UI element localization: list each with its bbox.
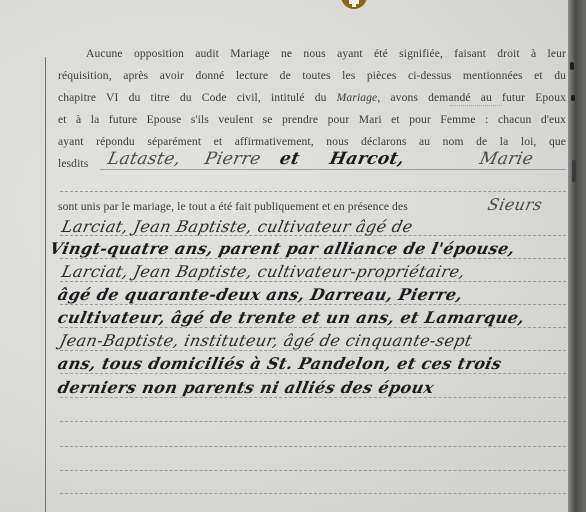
groom-surname: Lataste, (106, 150, 182, 168)
page-binding (568, 0, 586, 512)
witness-line-4: âgé de quarante-deux ans, Darreau, Pierr… (56, 286, 464, 304)
witness-line-3: Larciat, Jean Baptiste, cultivateur-prop… (60, 263, 467, 281)
witness-line-7: ans, tous domiciliés à St. Pandelon, et … (56, 355, 503, 373)
printed-line-4: et à la future Epouse s'ils veulent se p… (58, 113, 566, 127)
bride-given-name: Marie (478, 150, 535, 168)
printed-line-3-italic: Mariage (337, 91, 378, 104)
ruled-line-7 (60, 373, 566, 374)
ruled-line-4 (60, 304, 566, 305)
binding-mark (572, 160, 576, 182)
printed-line-1: Aucune opposition audit Mariage ne nous … (86, 47, 566, 61)
spouses-underline (100, 169, 566, 170)
witness-line-1: Larciat, Jean Baptiste, cultivateur âgé … (60, 218, 414, 236)
printed-line-3-a: chapitre VI du titre du Code civil, inti… (58, 91, 337, 104)
blank-rule-4 (60, 470, 566, 471)
witness-line-5: cultivateur, âgé de trente et un ans, et… (56, 309, 526, 327)
plus-icon (349, 0, 359, 7)
witness-line-8: derniers non parents ni alliés des époux (56, 379, 436, 397)
printed-line-3-b: , avons demandé au futur Epoux (377, 91, 566, 104)
blank-rule-3 (60, 446, 566, 447)
witness-line-0: Sieurs (486, 196, 544, 214)
witness-line-6: Jean-Baptiste, instituteur, âgé de cinqu… (58, 332, 474, 350)
add-badge-button[interactable] (341, 0, 367, 9)
ruled-line-3 (60, 281, 566, 282)
conjunction-et: et (278, 150, 301, 168)
register-page: Aucune opposition audit Mariage ne nous … (0, 0, 568, 512)
witness-line-2: Vingt-quatre ans, parent par alliance de… (48, 240, 517, 258)
ruled-line-2 (60, 258, 566, 259)
printed-line-2: réquisition, après avoir donné lecture d… (58, 69, 566, 83)
binding-mark (571, 95, 575, 101)
blank-rule-5 (60, 493, 566, 494)
ruled-line-6 (60, 350, 566, 351)
printed-line-3: chapitre VI du titre du Code civil, inti… (58, 91, 566, 105)
ruled-line-5 (60, 327, 566, 328)
ruled-line-8 (60, 397, 566, 398)
blank-rule-2 (60, 421, 566, 422)
margin-rule (45, 57, 46, 512)
underline-epoux (450, 105, 502, 106)
binding-mark (570, 62, 574, 70)
blank-rule-1 (60, 191, 566, 192)
bride-surname: Harcot, (328, 150, 406, 168)
printed-line-5: ayant répondu séparément et affirmativem… (58, 135, 566, 149)
groom-given-name: Pierre (203, 150, 262, 168)
